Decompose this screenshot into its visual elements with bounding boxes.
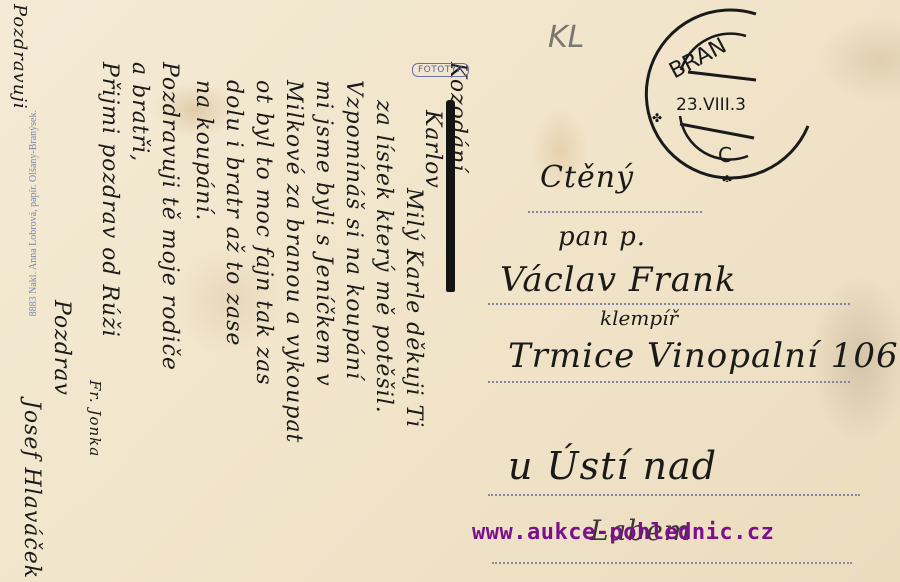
sender-header-2: Karlov <box>420 110 445 189</box>
closing-line: Pozdrav <box>49 300 74 396</box>
message-line: Přijmi pozdrav od Rúži <box>97 62 122 338</box>
message-line: Milkové za branou a vykoupat <box>281 80 306 443</box>
address-dotted-line <box>492 562 852 564</box>
address-title: pan p. <box>558 222 646 252</box>
divider-line <box>446 100 455 292</box>
pencil-annotation: KL <box>548 20 584 55</box>
postmark-icon: BRAN 23.VIII.3 C ✤ ✤ <box>636 6 812 182</box>
watermark-url: www.aukce-pohlednic.cz <box>472 520 774 545</box>
message-line: a bratři, <box>127 62 152 162</box>
address-dotted-line <box>488 381 850 383</box>
message-line: Vzpomínáš si na koupání <box>341 80 366 380</box>
message-line: za lístek který mě potěšil. <box>371 100 396 414</box>
message-line: Pozdravuji tě moje rodiče <box>157 62 182 371</box>
svg-text:✤: ✤ <box>722 173 732 182</box>
closing-line: Pozdravuji <box>9 4 30 110</box>
message-line: ot byl to moc fajn tak zas <box>251 80 276 386</box>
closing-signature: Josef Hlaváček <box>19 400 44 579</box>
address-occupation: klempíř <box>600 306 678 330</box>
address-city: u Ústí nad <box>508 444 717 488</box>
address-salutation: Ctěný <box>540 160 634 195</box>
message-line: dolu i bratr až to zase <box>221 80 246 346</box>
postcard-back: 8883 Nakl. Anna Lobrová, papír. Olšany-B… <box>0 0 900 582</box>
postmark-code: C <box>718 143 732 167</box>
message-signature: Fr. Jonka <box>86 380 104 457</box>
address-name: Václav Frank <box>500 260 737 300</box>
address-dotted-line <box>488 494 860 496</box>
svg-text:✤: ✤ <box>652 111 662 125</box>
printer-imprint: 8883 Nakl. Anna Lobrová, papír. Olšany-B… <box>28 110 39 316</box>
postmark-date: 23.VIII.3 <box>676 95 746 115</box>
address-street: Trmice Vinopalní 106 <box>508 336 899 376</box>
address-dotted-line <box>528 211 702 213</box>
message-line: Milý Karle děkuji Ti <box>401 188 426 428</box>
fototyp-stamp: FOTOTYP <box>412 63 469 77</box>
message-line: mi jsme byli s Jeníčkem v <box>311 80 336 387</box>
message-line: na koupání. <box>191 80 216 221</box>
address-dotted-line <box>488 303 850 305</box>
